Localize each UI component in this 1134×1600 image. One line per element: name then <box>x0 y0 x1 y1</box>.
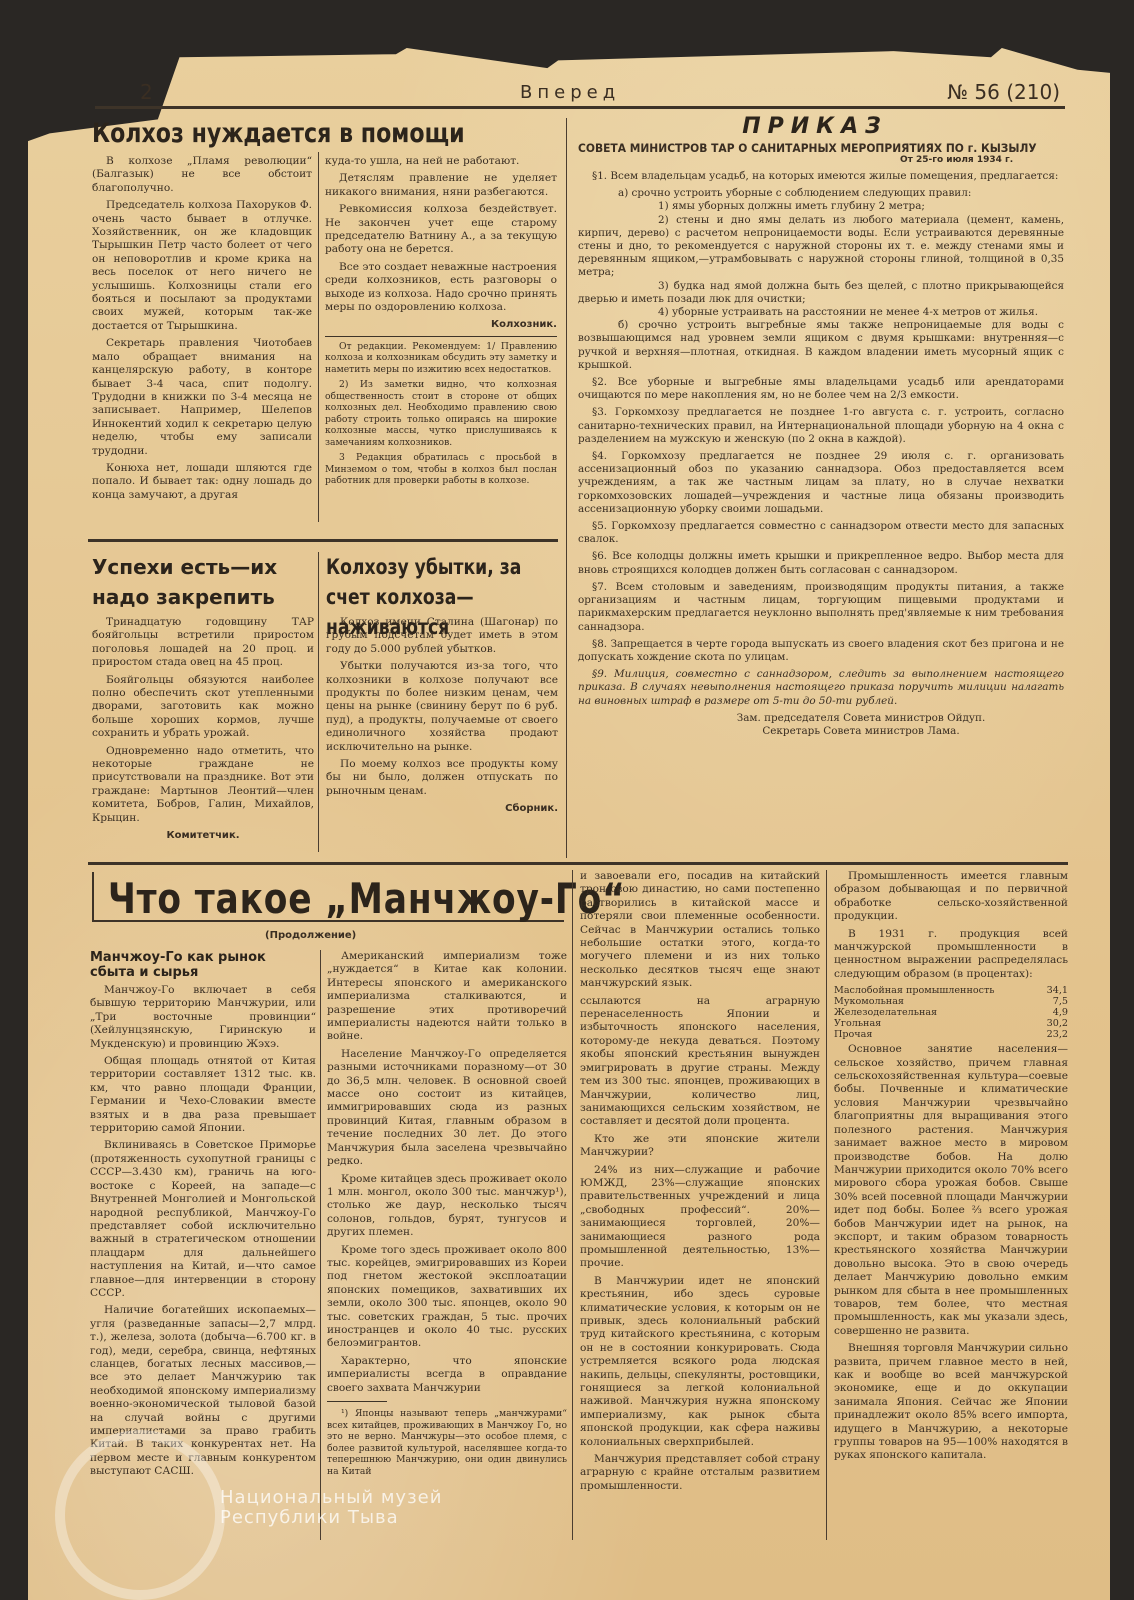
article4-continued: (Продолжение) <box>265 930 356 941</box>
masthead-rule <box>95 106 1065 109</box>
column-rule <box>566 118 567 858</box>
order-date: От 25-го июля 1934 г. <box>900 155 1013 165</box>
order-signer: Секретарь Совета министров Лама. <box>578 725 1064 738</box>
issue-number: № 56 (210) <box>947 80 1060 104</box>
article3-body: Колхоз имени Сталина (Шагонар) по грубым… <box>326 616 558 816</box>
table-row: Железоделательная4,9 <box>834 1007 1068 1018</box>
article4-headline: Что такое „Манчжоу-Го“ <box>108 874 626 923</box>
museum-logo-icon <box>55 1430 225 1600</box>
article1-col2: куда-то ушла, на ней не работают. Детясл… <box>325 155 557 491</box>
article1-signature: Колхозник. <box>325 318 557 331</box>
column-rule <box>572 870 573 1540</box>
order-signer: Зам. председателя Совета министров Ойдуп… <box>578 712 1064 725</box>
section-rule <box>88 539 558 542</box>
editor-note: От редакции. Рекомендуем: 1/ Правлению к… <box>325 341 557 487</box>
museum-watermark: Национальный музей Республики Тыва <box>220 1488 442 1528</box>
page-number: 2 <box>140 80 153 104</box>
order-body: §1. Всем владельцам усадьб, на которых и… <box>578 170 1064 738</box>
column-rule <box>318 552 319 852</box>
masthead: 2 Вперед № 56 (210) <box>60 80 1060 106</box>
section-rule <box>88 862 1068 865</box>
article3-signature: Сборник. <box>326 802 558 815</box>
footnote: ¹) Японцы называют теперь „манчжурами“ в… <box>327 1408 567 1477</box>
column-rule <box>320 950 321 1540</box>
order-subtitle: СОВЕТА МИНИСТРОВ ТАР О САНИТАРНЫХ МЕРОПР… <box>578 141 1052 155</box>
article1-col1: В колхозе „Пламя революции“ (Балгазык) н… <box>92 155 312 506</box>
column-rule <box>826 870 827 1540</box>
order-title: ПРИКАЗ <box>570 114 1060 139</box>
article2-body: Тринадцатую годовщину ТАР бояйгольцы вст… <box>92 616 314 843</box>
table-row: Угольная30,2 <box>834 1018 1068 1029</box>
table-row: Прочая23,2 <box>834 1029 1068 1040</box>
table-row: Мукомольная7,5 <box>834 996 1068 1007</box>
industry-table: Маслобойная промышленность34,1 Мукомольн… <box>834 985 1068 1040</box>
column-rule <box>318 152 319 522</box>
article2-headline: Успехи есть—их надо закрепить <box>92 552 317 612</box>
table-row: Маслобойная промышленность34,1 <box>834 985 1068 996</box>
article4-col2: Американский империализм тоже „нуждается… <box>327 950 567 1481</box>
article4-col1: Манчжоу-Го включает в себя бывшую террит… <box>90 984 316 1483</box>
article4-col4: Промышленность имеется главным образом д… <box>834 870 1068 1467</box>
newspaper-title: Вперед <box>520 82 620 103</box>
article1-headline: Колхоз нуждается в помощи <box>92 118 465 149</box>
article4-col3: и завоевали его, посадив на китайский тр… <box>580 870 820 1497</box>
article2-signature: Комитетчик. <box>92 829 314 842</box>
article4-subhead: Манчжоу-Го как рынок сбыта и сырья <box>90 950 310 980</box>
